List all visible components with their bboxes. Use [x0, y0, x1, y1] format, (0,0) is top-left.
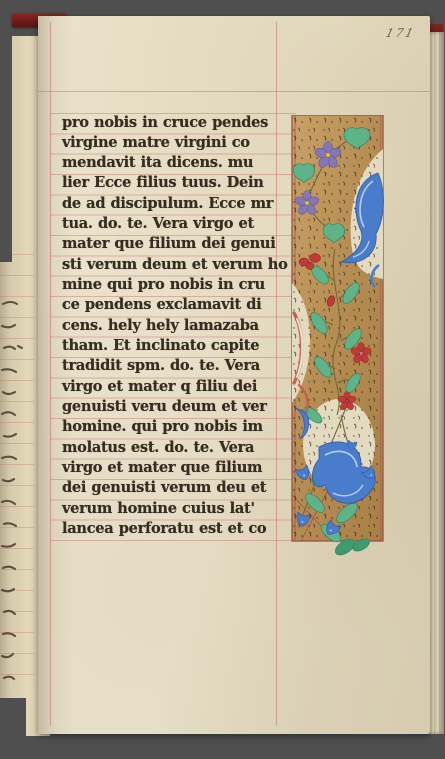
manuscript-line: mine qui pro nobis in cru: [62, 275, 296, 296]
manuscript-line: de ad discipulum. Ecce mr: [62, 193, 296, 214]
manuscript-line: lancea perforatu est et co: [62, 519, 296, 540]
manuscript-line: molatus est. do. te. Vera: [62, 437, 296, 458]
manuscript-line: ce pendens exclamavit di: [62, 295, 296, 316]
manuscript-line: lier Ecce filius tuus. Dein: [62, 173, 296, 194]
manuscript-page: 171 pro nobis in cruce pendes virgine ma…: [38, 16, 430, 734]
manuscript-photo: 171 pro nobis in cruce pendes virgine ma…: [0, 0, 445, 759]
manuscript-line: mendavit ita dicens. mu: [62, 153, 296, 174]
manuscript-line: virgine matre virgini co: [62, 132, 296, 153]
manuscript-line: tradidit spm. do. te. Vera: [62, 356, 296, 377]
previous-page-text-fragments: [0, 296, 40, 716]
background-corner-bottom-left: [0, 698, 26, 759]
manuscript-text-block: pro nobis in cruce pendes virgine matre …: [62, 113, 296, 540]
folio-number: 171: [384, 26, 431, 40]
manuscript-line: sti verum deum et verum ho: [62, 254, 296, 275]
manuscript-line: virgo et mater q filiu dei: [62, 376, 296, 397]
manuscript-line: mater que filium dei genui: [62, 234, 296, 255]
manuscript-line: dei genuisti verum deu et: [62, 478, 296, 499]
manuscript-line: pro nobis in cruce pendes: [62, 112, 296, 133]
ruling-horizontal-top: [38, 91, 430, 92]
manuscript-line: tua. do. te. Vera virgo et: [62, 214, 296, 235]
illuminated-border: [291, 115, 384, 557]
manuscript-line: tham. Et inclinato capite: [62, 336, 296, 357]
manuscript-line: genuisti veru deum et ver: [62, 397, 296, 418]
manuscript-line: virgo et mater que filium: [62, 458, 296, 479]
manuscript-line: homine. qui pro nobis im: [62, 417, 296, 438]
background-corner-top-left: [0, 0, 12, 262]
manuscript-line: cens. hely hely lamazaba: [62, 315, 296, 336]
manuscript-line: verum homine cuius lat': [62, 498, 296, 519]
